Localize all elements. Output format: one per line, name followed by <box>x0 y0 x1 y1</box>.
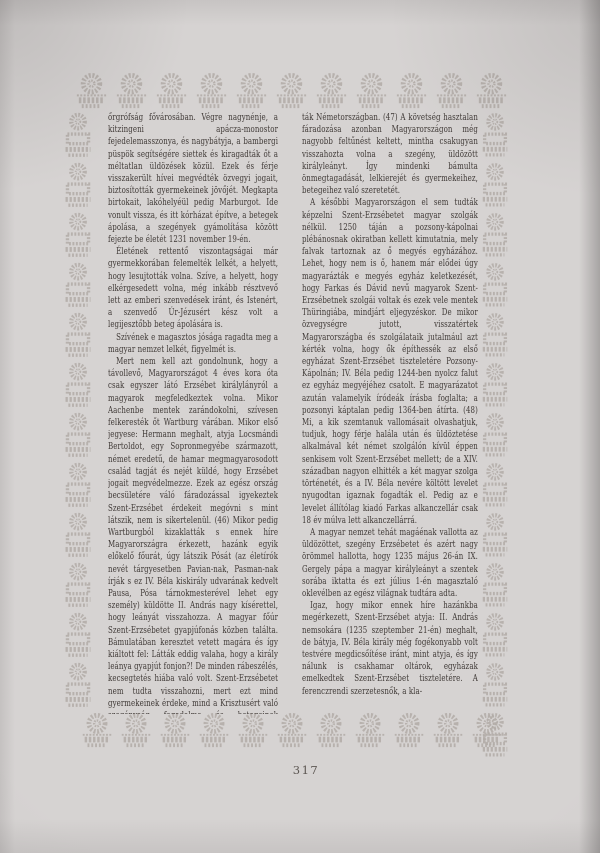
floral-ornament-icon <box>392 72 431 111</box>
ornamental-border-bottom <box>78 712 504 752</box>
floral-ornament-icon <box>60 612 96 660</box>
floral-ornament-icon <box>478 462 512 510</box>
paragraph: ták Németországban. (47) A követség hasz… <box>302 112 478 197</box>
text-column-left: őrgrófság fővárosában. Végre nagynénje, … <box>108 112 278 714</box>
floral-ornament-icon <box>478 362 512 410</box>
floral-ornament-icon <box>78 712 116 750</box>
paragraph: Mert nem kell azt gondolnunk, hogy a táv… <box>108 356 278 714</box>
floral-ornament-icon <box>60 562 96 610</box>
ornamental-border-left <box>60 112 98 712</box>
floral-ornament-icon <box>60 112 96 160</box>
book-page-photo: őrgrófság fővárosában. Végre nagynénje, … <box>0 0 600 853</box>
floral-ornament-icon <box>352 72 391 111</box>
text-column-right: ták Németországban. (47) A követség hasz… <box>302 112 478 714</box>
floral-ornament-icon <box>478 412 512 460</box>
floral-ornament-icon <box>478 212 512 260</box>
floral-ornament-icon <box>478 662 512 710</box>
floral-ornament-icon <box>195 712 233 750</box>
paragraph: Igaz, hogy mikor ennek híre hazánkba meg… <box>302 600 478 698</box>
floral-ornament-icon <box>478 512 512 560</box>
floral-ornament-icon <box>478 562 512 610</box>
floral-ornament-icon <box>117 712 155 750</box>
page-number: 317 <box>276 763 336 777</box>
paragraph: Életének rettentő viszontagságai már gye… <box>108 246 278 331</box>
floral-ornament-icon <box>273 712 311 750</box>
floral-ornament-icon <box>234 712 272 750</box>
floral-ornament-icon <box>312 72 351 111</box>
paragraph: A magyar nemzet tehát magáénak vallotta … <box>302 527 478 600</box>
floral-ornament-icon <box>478 312 512 360</box>
floral-ornament-icon <box>478 162 512 210</box>
floral-ornament-icon <box>72 72 111 111</box>
floral-ornament-icon <box>472 72 511 111</box>
floral-ornament-icon <box>60 462 96 510</box>
floral-ornament-icon <box>60 312 96 360</box>
floral-ornament-icon <box>112 72 151 111</box>
floral-ornament-icon <box>272 72 311 111</box>
floral-ornament-icon <box>478 262 512 310</box>
floral-ornament-icon <box>232 72 271 111</box>
floral-ornament-icon <box>156 712 194 750</box>
floral-ornament-icon <box>152 72 191 111</box>
paragraph: Szívének e magasztos jósága ragadta meg … <box>108 332 278 356</box>
floral-ornament-icon <box>60 162 96 210</box>
paragraph: őrgrófság fővárosában. Végre nagynénje, … <box>108 112 278 246</box>
floral-ornament-icon <box>478 112 512 160</box>
ornamental-border-top <box>72 72 508 112</box>
ornamental-border-right <box>478 112 514 762</box>
floral-ornament-icon <box>60 362 96 410</box>
floral-ornament-icon <box>60 262 96 310</box>
floral-ornament-icon <box>478 612 512 660</box>
floral-ornament-icon <box>60 212 96 260</box>
floral-ornament-icon <box>390 712 428 750</box>
floral-ornament-icon <box>60 412 96 460</box>
paragraph: A későbbi Magyarországon el sem tudták k… <box>302 197 478 526</box>
floral-ornament-icon <box>478 712 512 760</box>
floral-ornament-icon <box>351 712 389 750</box>
floral-ornament-icon <box>192 72 231 111</box>
floral-ornament-icon <box>60 662 96 710</box>
floral-ornament-icon <box>432 72 471 111</box>
floral-ornament-icon <box>60 512 96 560</box>
floral-ornament-icon <box>429 712 467 750</box>
floral-ornament-icon <box>312 712 350 750</box>
